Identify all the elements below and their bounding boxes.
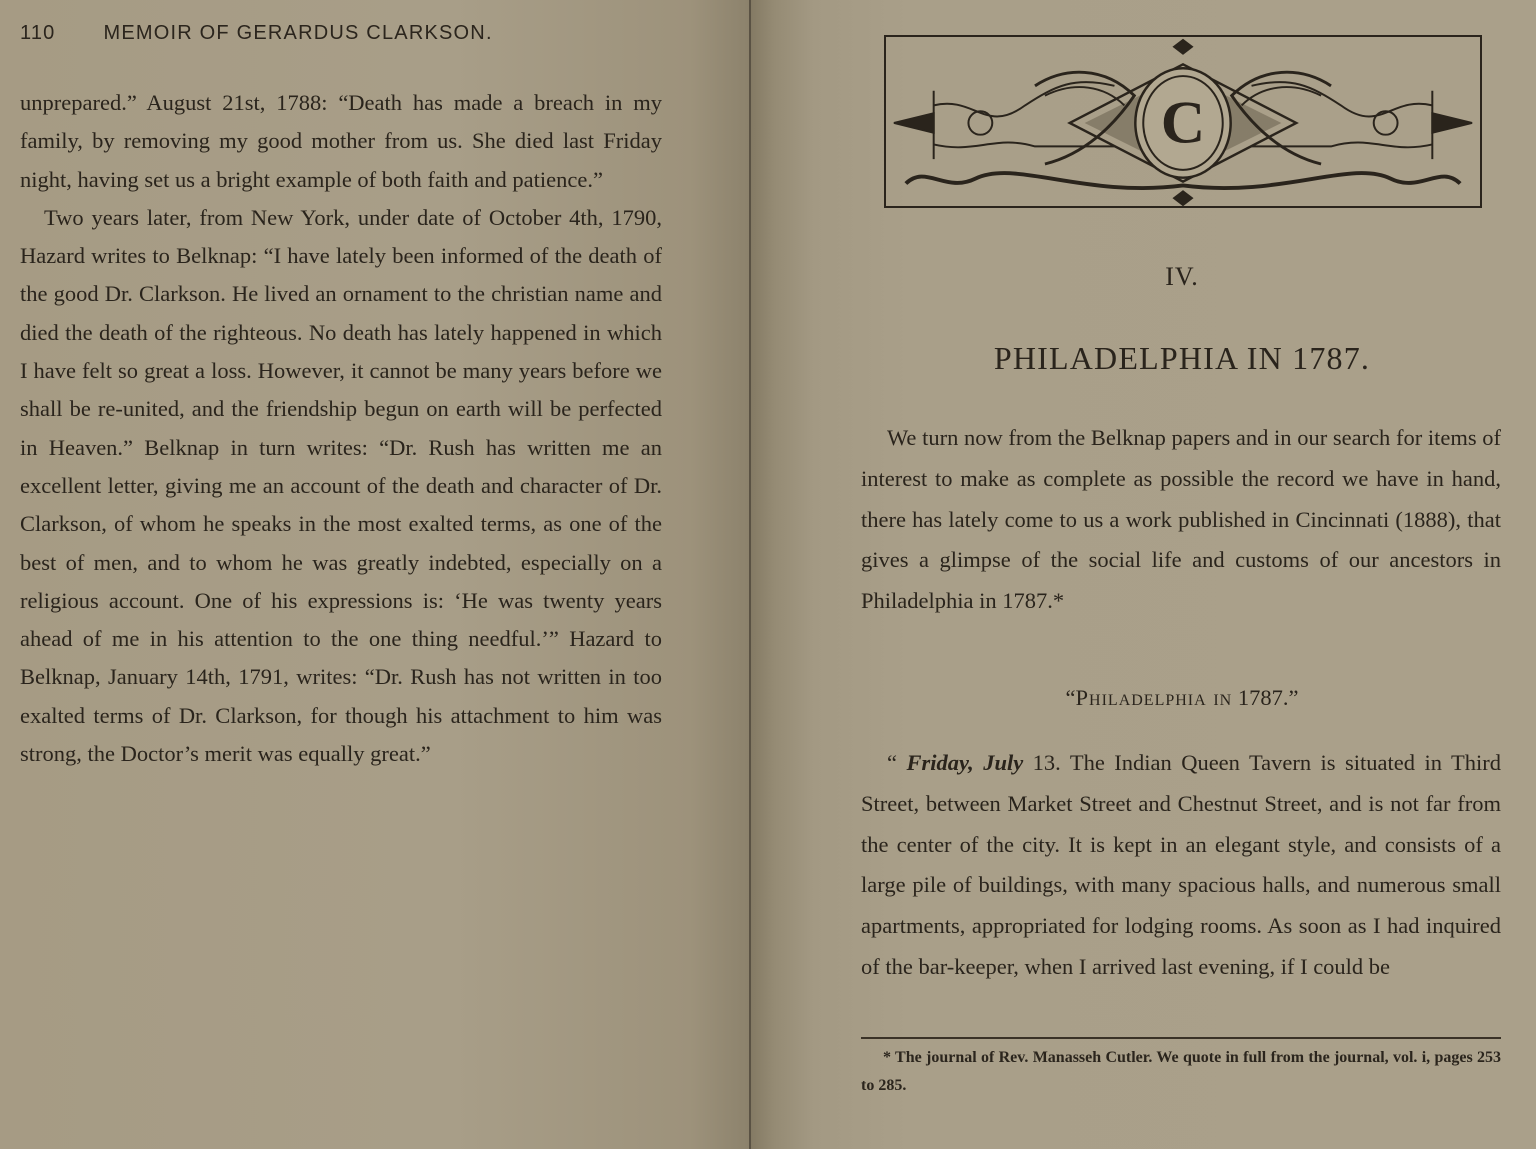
subheading-year: 1787.” <box>1232 685 1298 710</box>
paragraph: Two years later, from New York, under da… <box>20 199 662 773</box>
section-subheading: “Philadelphia in 1787.” <box>751 685 1536 711</box>
svg-text:C: C <box>1161 90 1205 156</box>
journal-day: 13. <box>1023 750 1061 775</box>
chapter-number: IV. <box>751 262 1536 292</box>
footnote-divider <box>861 1037 1501 1039</box>
journal-date: Friday, July <box>906 750 1023 775</box>
running-head-title: MEMOIR OF GERARDUS CLARKSON. <box>104 22 493 45</box>
intro-paragraph-block: We turn now from the Belknap papers and … <box>861 418 1501 622</box>
paragraph: unprepared.” August 21st, 1788: “Death h… <box>20 84 662 199</box>
headpiece-ornament-icon: C <box>884 35 1482 208</box>
footnote: * The journal of Rev. Manasseh Cutler. W… <box>861 1044 1501 1100</box>
left-page-body: unprepared.” August 21st, 1788: “Death h… <box>20 84 662 773</box>
chapter-title: PHILADELPHIA IN 1787. <box>751 340 1536 377</box>
subheading-small-caps: Philadelphia in <box>1076 685 1233 710</box>
right-page: C IV. PHILADELPHIA IN 1787. We turn now … <box>751 0 1536 1149</box>
left-page: 110 MEMOIR OF GERARDUS CLARKSON. unprepa… <box>0 0 750 1149</box>
footnote-text: * The journal of Rev. Manasseh Cutler. W… <box>861 1044 1501 1100</box>
intro-paragraph: We turn now from the Belknap papers and … <box>861 418 1501 622</box>
page-number: 110 <box>20 22 56 45</box>
running-head: 110 MEMOIR OF GERARDUS CLARKSON. <box>20 22 493 45</box>
journal-text: The Indian Queen Tavern is situated in T… <box>861 750 1501 979</box>
journal-entry: “ Friday, July 13. The Indian Queen Tave… <box>861 743 1501 988</box>
book-spread: 110 MEMOIR OF GERARDUS CLARKSON. unprepa… <box>0 0 1536 1149</box>
ornament-graphic-icon: C <box>886 37 1480 206</box>
journal-entry-block: “ Friday, July 13. The Indian Queen Tave… <box>861 743 1501 988</box>
